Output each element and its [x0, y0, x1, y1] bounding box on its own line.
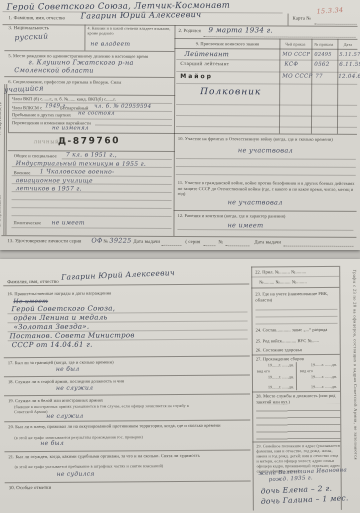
ranks-header-order-no: № приказа	[311, 42, 336, 47]
field-convicted-label: 21. Был ли осужден, когда, какими судебн…	[8, 453, 246, 460]
ruled-line	[176, 115, 357, 117]
field-health-label: 26. Состояние здоровья	[256, 347, 340, 353]
margin-note-vertical: Графы с 23 по 28 на офицеров, состоящих …	[343, 270, 359, 505]
field-white-army-sub: (бывшие в иностранных армиях указываются…	[14, 403, 204, 414]
field-old-army-label: 18. Служил ли в старой армии, последняя …	[8, 378, 246, 385]
ruled-line	[251, 287, 339, 289]
blank-ruled-lines	[256, 404, 340, 441]
sbory-vid-label: вид его	[257, 368, 270, 373]
ruled-line	[256, 316, 338, 318]
id-card-date-label: Дата выдачи	[133, 240, 160, 246]
field-sbory-label: 27. Прохождение сборов	[256, 356, 304, 362]
ruled-line	[176, 174, 356, 176]
rank-row-order-by: МО СССР	[282, 52, 310, 58]
name-value: Гагарин Юрий Алексеевич	[61, 268, 175, 282]
field-languages-label: 4. Какими и в какой степени владеет язык…	[87, 26, 171, 36]
field-nationality-value: русский	[14, 31, 48, 42]
table-divider	[337, 39, 338, 134]
education-section-vertical-label: 8. Образование	[0, 157, 2, 227]
ranks-header-rank: 9. Присвоение воинского звания	[178, 41, 276, 47]
field-war-fronts-label: 10. Участие на фронтах в Отечественную в…	[178, 136, 354, 142]
ruled-line	[95, 125, 172, 126]
field-civil-war-value: не участвовал	[228, 198, 283, 206]
column-divider	[251, 266, 254, 510]
ruled-line	[8, 132, 175, 134]
red-pencil-note: 15.3.34	[316, 6, 343, 16]
ruled-line	[174, 38, 357, 40]
field-wounds-value: не имеет	[227, 221, 263, 229]
rank-row-order-no: 0562	[314, 62, 329, 68]
field-22-line1: 22. Прил. №......... №.........	[255, 269, 306, 275]
personal-number-stamp: Д-879760	[58, 136, 120, 147]
ruled-line	[161, 245, 181, 246]
sbory-row: 19......г. ......дн.	[311, 362, 337, 367]
rank-row-order-by: МО СССР	[282, 74, 312, 80]
field-name-value: Гагарин Юрий Алексеевич	[81, 10, 202, 20]
ranks-header-date: Дата	[338, 42, 357, 47]
field-born-label: 2. Родился	[178, 29, 200, 35]
id-card-no: 39225	[109, 237, 131, 245]
id-card-no2-label: №	[218, 240, 223, 246]
sbory-row: 19......г. ......дн.	[311, 374, 337, 379]
field-war-fronts-value: не участвовал	[238, 146, 293, 154]
awards-line-5: СССР от 14.04.61 г.	[12, 341, 93, 350]
ruled-line	[174, 210, 357, 212]
divider	[84, 24, 85, 50]
ruled-line	[203, 245, 215, 246]
ruled-line	[12, 207, 172, 209]
ruled-line	[315, 24, 357, 25]
field-civil-war-label: 11. Участие в гражданской войне, войне п…	[178, 180, 356, 197]
field-abroad-label: 17. Был ли за границей (когда, где и ско…	[8, 359, 246, 366]
id-card-series: ОФ	[91, 237, 102, 245]
table-divider	[279, 39, 280, 134]
rank-row-date: 12.04.61	[338, 74, 360, 80]
field-duty-station-label: 28. Место службы и должность (или род за…	[256, 393, 338, 405]
ruled-line	[11, 227, 171, 229]
party-changes-value: не изменял	[52, 125, 89, 131]
field-old-army-value: не служил	[56, 385, 93, 392]
form-border	[5, 84, 7, 235]
sbory-row: 19......г. ......дн.	[268, 384, 294, 389]
rank-row-date: 5.11.57	[339, 52, 360, 58]
ruled-line	[251, 276, 339, 278]
ranks-header-order-by: Чей приказ	[280, 42, 310, 47]
sheet1-content: Герой Советского Союза, Летчик-Космонавт…	[0, 0, 360, 251]
rank-row-name: Полковник	[200, 87, 261, 97]
service-card-reverse: Фамилия, имя, отчество Гагарин Юрий Алек…	[0, 259, 360, 513]
party-section-vertical-label: 7. Партийность	[0, 95, 2, 135]
party-other-label: Пребывание в других партиях	[12, 112, 71, 118]
sbory-row: 19......г. ......дн.	[311, 384, 337, 389]
divider	[8, 94, 9, 132]
special-marks-label: 30. Особые отметки	[9, 486, 52, 492]
rank-row-order-by: КСФ	[284, 62, 298, 68]
ruled-line	[251, 266, 339, 268]
education-political-value: не имеет	[51, 219, 84, 226]
id-card-date2-label: Дата выдачи	[254, 240, 281, 246]
rank-row-date: 6.11.59	[339, 62, 360, 68]
field-registered-label: 23. Где на учете (наименование РВК, обла…	[255, 291, 337, 303]
sbory-vid-label: вид его	[300, 368, 313, 373]
id-card-paren-label: ( серия	[185, 240, 200, 246]
rank-row-name: Старший лейтенант	[180, 62, 229, 69]
rank-row-name: Майор	[180, 73, 213, 80]
rank-row-order-no: 02495	[314, 52, 331, 58]
scanned-record-page: Герой Советского Союза, Летчик-Космонавт…	[0, 0, 360, 513]
ruled-line	[12, 191, 172, 193]
party-other-value: не состоял	[78, 110, 115, 116]
ruled-line	[177, 229, 353, 231]
field-name-label: 1. Фамилия, имя, отчество	[9, 16, 66, 22]
ruled-line	[176, 59, 357, 61]
ruled-line	[176, 166, 356, 168]
field-convicted-sub: (в этой же графе указывается пребывание …	[15, 463, 215, 469]
field-branch-label: 25. Род войск............ ВУС №......	[256, 338, 340, 344]
ruled-line	[176, 158, 356, 160]
sbory-row: 19......г. ......дн.	[268, 362, 294, 367]
education-general-label: Общее и специальное	[14, 153, 57, 159]
ruled-line	[256, 323, 338, 325]
ruled-line	[4, 76, 174, 78]
table-divider	[311, 39, 312, 134]
field-22-line2: №......... №......... №.........	[259, 279, 307, 285]
field-pow-label: 20. Был ли в плену, проживал ли на оккуп…	[8, 423, 246, 430]
field-convicted-value: не судился	[57, 471, 95, 478]
sheet2-content: Фамилия, имя, отчество Гагарин Юрий Алек…	[0, 258, 360, 513]
ruled-line	[4, 50, 174, 52]
card-number-label: Карта №	[293, 17, 311, 23]
ruled-line	[1, 235, 356, 238]
field-abroad-value: не был	[56, 366, 80, 373]
ruled-line	[283, 246, 353, 247]
education-political-label: Политическое	[13, 220, 41, 226]
ruled-line	[255, 309, 337, 311]
ruled-line	[174, 133, 357, 135]
ruled-line	[5, 481, 251, 484]
ruled-line	[12, 215, 172, 217]
divider	[288, 14, 289, 26]
rank-row-name: Лейтенант	[184, 50, 229, 58]
id-card-no-label: №	[103, 240, 108, 246]
party-member-book-number: чл. б. № 02959594	[94, 104, 151, 110]
ruled-line	[225, 245, 249, 246]
divider	[296, 362, 297, 390]
field-wounds-label: 12. Ранения и контузии (когда, где и хар…	[178, 213, 350, 219]
field-social-value: учащийся	[4, 84, 44, 94]
ruled-line	[176, 104, 357, 106]
field-white-army-value: не служил	[46, 413, 83, 420]
family-daughter-2-entry: дочь Галина – 1 мес.	[261, 493, 349, 506]
field-born-value: 9 марта 1934 г.	[208, 26, 273, 34]
column-divider	[173, 25, 175, 236]
field-birthplace-value-2: Смоленской области	[14, 66, 94, 74]
awards-label: 16. Правительственные награды и даты наг…	[7, 290, 247, 297]
ruled-line	[176, 83, 357, 85]
field-sostav-label: 24. Состав............ запас „...“ разря…	[256, 327, 340, 333]
rank-row-order-no: 77	[315, 74, 323, 80]
service-card-front: Герой Советского Союза, Летчик-Космонавт…	[0, 0, 360, 250]
id-card-label: 13. Удостоверение личности серия	[7, 239, 81, 245]
field-languages-value: не владеет	[90, 41, 130, 48]
field-pow-value: не был	[40, 440, 64, 447]
ruled-line	[176, 126, 357, 128]
sbory-row: 19......г. ......дн.	[268, 374, 294, 379]
ruled-line	[12, 199, 172, 201]
family-wife-birth-year: рожд. 1935 г.	[269, 475, 313, 483]
